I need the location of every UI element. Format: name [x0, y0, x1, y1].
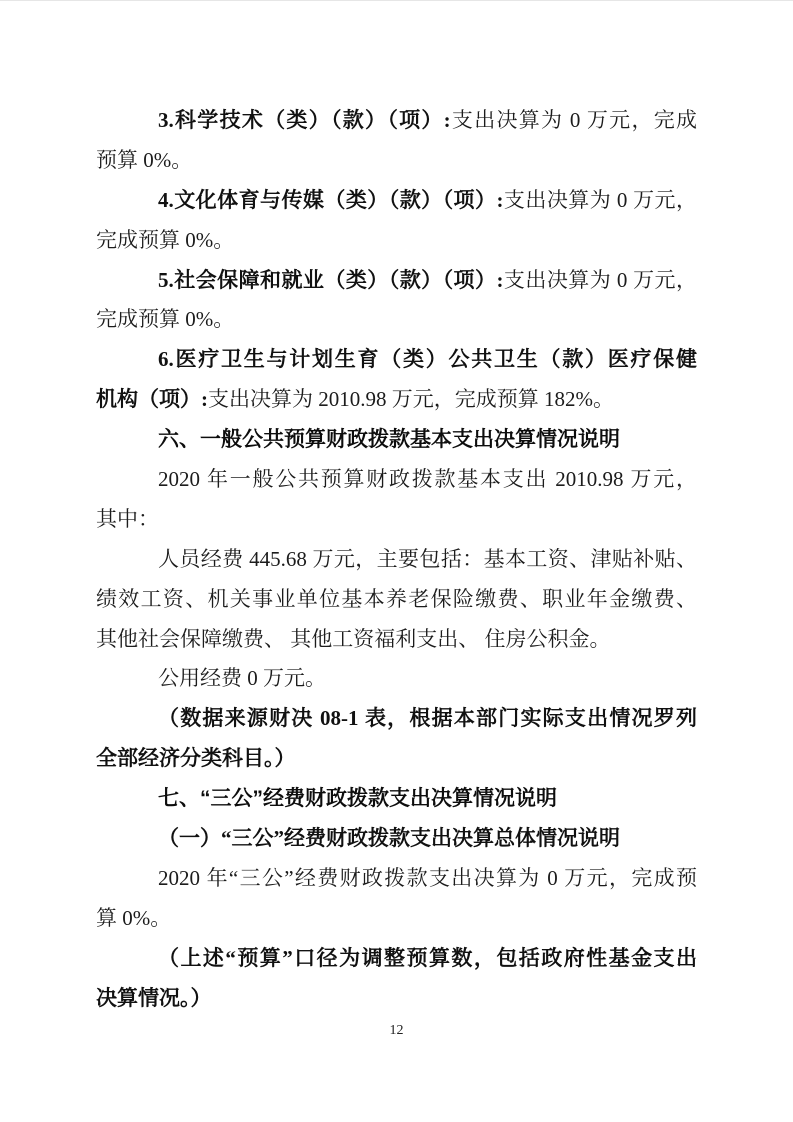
- note-data-source-line2: 全部经济分类科目。）: [96, 739, 697, 779]
- subsection7-1-heading: （一）“三公”经费财政拨款支出决算总体情况说明: [96, 819, 697, 859]
- para-public-funds: 公用经费 0 万元。: [96, 659, 697, 699]
- page-number: 12: [0, 1023, 793, 1039]
- para-three-public-line2: 算 0%。: [96, 899, 697, 939]
- document-page: 3.科学技术（类）（款）（项）:支出决算为 0 万元，完成 预算 0%。 4.文…: [0, 0, 793, 1122]
- para-basic-expenditure-text1: 2020 年一般公共预算财政拨款基本支出 2010.98 万元，: [158, 467, 697, 491]
- para-basic-expenditure-text2: 其中：: [96, 507, 159, 531]
- note-data-source-line1: （数据来源财决 08-1 表，根据本部门实际支出情况罗列: [96, 699, 697, 739]
- para-three-public-line1: 2020 年“三公”经费财政拨款支出决算为 0 万元，完成预: [96, 859, 697, 899]
- item3-science-tech-line1: 3.科学技术（类）（款）（项）:支出决算为 0 万元，完成: [96, 101, 697, 141]
- para-three-public-text1: 2020 年“三公”经费财政拨款支出决算为 0 万元，完成预: [158, 866, 697, 890]
- item3-text: 支出决算为 0 万元，完成: [451, 108, 697, 132]
- subsection7-1-heading-text: （一）“三公”经费财政拨款支出决算总体情况说明: [158, 826, 620, 850]
- item5-text-cont: 完成预算 0%。: [96, 307, 234, 331]
- item5-social-security-line2: 完成预算 0%。: [96, 300, 697, 340]
- item5-text: 支出决算为 0 万元，: [503, 268, 697, 292]
- item3-science-tech-line2: 预算 0%。: [96, 141, 697, 181]
- item4-culture-media-line1: 4.文化体育与传媒（类）（款）（项）:支出决算为 0 万元，: [96, 181, 697, 221]
- para-personnel-funds-line3: 其他社会保障缴费、 其他工资福利支出、 住房公积金。: [96, 620, 697, 660]
- item6-medical-health-line1: 6.医疗卫生与计划生育（类）公共卫生（款）医疗保健: [96, 340, 697, 380]
- para-personnel-funds-line1: 人员经费 445.68 万元，主要包括：基本工资、津贴补贴、: [96, 540, 697, 580]
- para-personnel-funds-text1: 人员经费 445.68 万元，主要包括：基本工资、津贴补贴、: [158, 547, 697, 571]
- para-personnel-funds-text3: 其他社会保障缴费、 其他工资福利支出、 住房公积金。: [96, 627, 611, 651]
- item4-culture-media-line2: 完成预算 0%。: [96, 221, 697, 261]
- note-data-source-text2: 全部经济分类科目。）: [96, 746, 296, 770]
- item6-label-part2: 机构（项）:: [96, 387, 208, 411]
- note-budget-caliber-line1: （上述“预算”口径为调整预算数，包括政府性基金支出: [96, 939, 697, 979]
- para-personnel-funds-text2: 绩效工资、机关事业单位基本养老保险缴费、职业年金缴费、: [96, 587, 697, 611]
- item6-text: 支出决算为 2010.98 万元，完成预算 182%。: [208, 387, 614, 411]
- item5-label: 5.社会保障和就业（类）（款）（项）:: [158, 268, 503, 292]
- item5-social-security-line1: 5.社会保障和就业（类）（款）（项）:支出决算为 0 万元，: [96, 261, 697, 301]
- item6-label-part1: 6.医疗卫生与计划生育（类）公共卫生（款）医疗保健: [158, 347, 697, 371]
- item6-medical-health-line2: 机构（项）:支出决算为 2010.98 万元，完成预算 182%。: [96, 380, 697, 420]
- note-data-source-text1: （数据来源财决 08-1 表，根据本部门实际支出情况罗列: [158, 706, 697, 730]
- note-budget-caliber-text1: （上述“预算”口径为调整预算数，包括政府性基金支出: [158, 946, 697, 970]
- item4-text: 支出决算为 0 万元，: [503, 188, 697, 212]
- para-personnel-funds-line2: 绩效工资、机关事业单位基本养老保险缴费、职业年金缴费、: [96, 580, 697, 620]
- para-basic-expenditure-line2: 其中：: [96, 500, 697, 540]
- section7-heading-text: 七、“三公”经费财政拨款支出决算情况说明: [158, 787, 557, 810]
- item4-text-cont: 完成预算 0%。: [96, 228, 234, 252]
- note-budget-caliber-line2: 决算情况。）: [96, 979, 697, 1019]
- document-body: 3.科学技术（类）（款）（项）:支出决算为 0 万元，完成 预算 0%。 4.文…: [96, 101, 697, 1018]
- para-public-funds-text: 公用经费 0 万元。: [158, 666, 326, 690]
- note-budget-caliber-text2: 决算情况。）: [96, 986, 212, 1010]
- section6-heading: 六、一般公共预算财政拨款基本支出决算情况说明: [96, 420, 697, 460]
- item4-label: 4.文化体育与传媒（类）（款）（项）:: [158, 188, 503, 212]
- section7-heading: 七、“三公”经费财政拨款支出决算情况说明: [96, 779, 697, 819]
- item3-label: 3.科学技术（类）（款）（项）:: [158, 108, 451, 132]
- para-basic-expenditure-line1: 2020 年一般公共预算财政拨款基本支出 2010.98 万元，: [96, 460, 697, 500]
- item3-text-cont: 预算 0%。: [96, 148, 192, 172]
- section6-heading-text: 六、一般公共预算财政拨款基本支出决算情况说明: [158, 428, 620, 451]
- para-three-public-text2: 算 0%。: [96, 906, 171, 930]
